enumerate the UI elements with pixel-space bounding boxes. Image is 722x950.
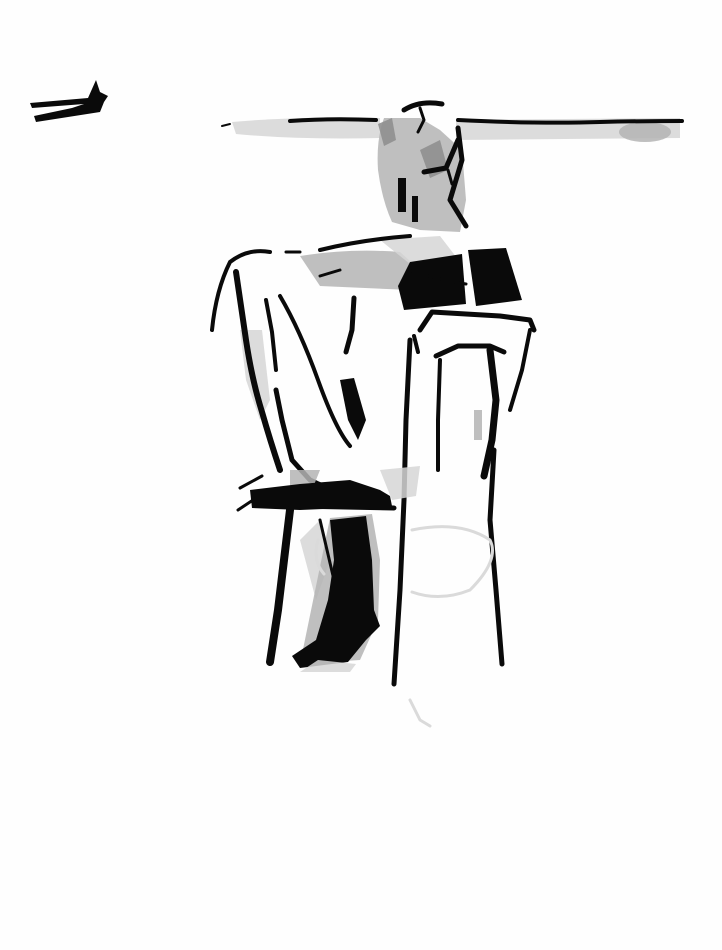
ink-sketch [0,0,722,950]
artwork-canvas [0,0,722,950]
paper-background [0,0,722,950]
